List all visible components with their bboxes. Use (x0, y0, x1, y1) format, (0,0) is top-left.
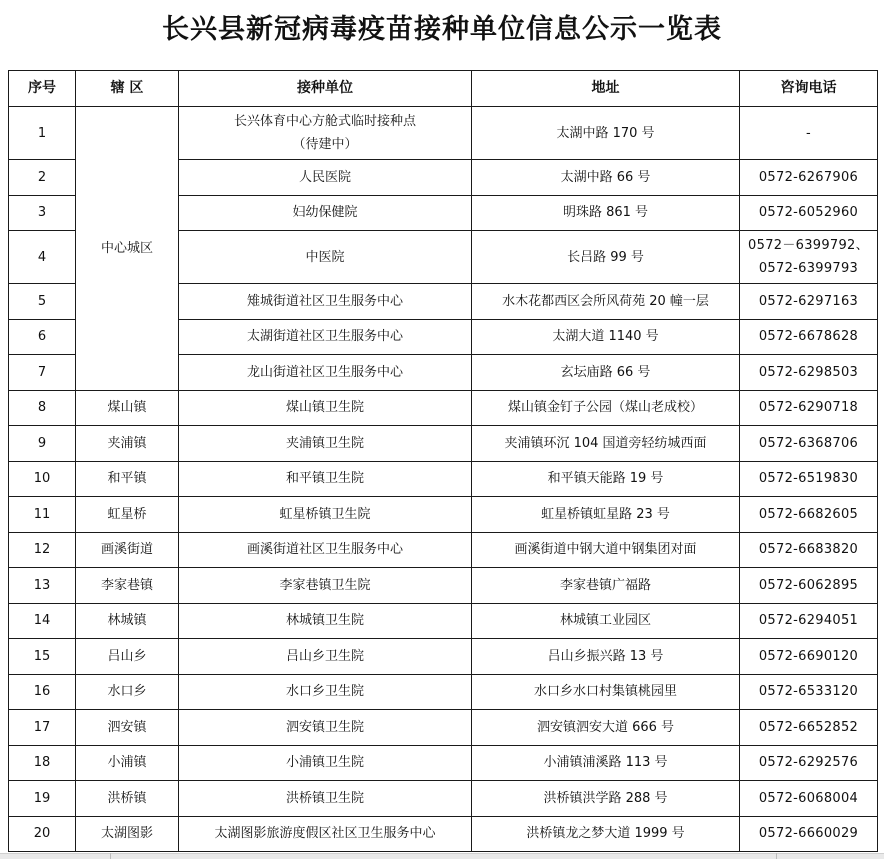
cell-unit: 虹星桥镇卫生院 (179, 497, 472, 533)
cell-index: 18 (9, 745, 76, 781)
table-row: 9 夹浦镇 夹浦镇卫生院 夹浦镇环沉 104 国道旁轻纺城西面 0572-636… (9, 426, 878, 462)
cell-address: 太湖中路 170 号 (472, 107, 740, 160)
table-row: 1 中心城区 长兴体育中心方舱式临时接种点 （待建中） 太湖中路 170 号 - (9, 107, 878, 160)
cell-unit: 人民医院 (179, 160, 472, 196)
table-row: 11 虹星桥 虹星桥镇卫生院 虹星桥镇虹星路 23 号 0572-6682605 (9, 497, 878, 533)
header-unit: 接种单位 (179, 71, 472, 107)
header-district: 辖 区 (76, 71, 179, 107)
header-index: 序号 (9, 71, 76, 107)
cell-phone: 0572-6652852 (740, 710, 878, 746)
cell-address: 水木花都西区会所风荷苑 20 幢一层 (472, 284, 740, 320)
cell-district: 虹星桥 (76, 497, 179, 533)
cell-index: 7 (9, 355, 76, 391)
cell-district-merged: 中心城区 (76, 107, 179, 391)
cell-phone: 0572-6068004 (740, 781, 878, 817)
cell-address: 水口乡水口村集镇桃园里 (472, 674, 740, 710)
cell-unit: 太湖图影旅游度假区社区卫生服务中心 (179, 816, 472, 852)
cell-unit: 龙山街道社区卫生服务中心 (179, 355, 472, 391)
cell-phone: 0572-6690120 (740, 639, 878, 675)
table-header-row: 序号 辖 区 接种单位 地址 咨询电话 (9, 71, 878, 107)
cell-phone: 0572-6682605 (740, 497, 878, 533)
cell-district: 泗安镇 (76, 710, 179, 746)
phone-line-1: 0572－6399792、 (748, 238, 869, 253)
bottom-edge-strip (0, 853, 884, 859)
cell-phone: 0572-6052960 (740, 195, 878, 231)
table-row: 13 李家巷镇 李家巷镇卫生院 李家巷镇广福路 0572-6062895 (9, 568, 878, 604)
cell-unit: 雉城街道社区卫生服务中心 (179, 284, 472, 320)
cell-district: 画溪街道 (76, 532, 179, 568)
cell-unit: 泗安镇卫生院 (179, 710, 472, 746)
cell-district: 洪桥镇 (76, 781, 179, 817)
cell-address: 太湖大道 1140 号 (472, 319, 740, 355)
cell-address: 洪桥镇洪学路 288 号 (472, 781, 740, 817)
cell-phone: 0572-6267906 (740, 160, 878, 196)
cell-index: 1 (9, 107, 76, 160)
cell-unit: 画溪街道社区卫生服务中心 (179, 532, 472, 568)
table-row: 18 小浦镇 小浦镇卫生院 小浦镇浦溪路 113 号 0572-6292576 (9, 745, 878, 781)
cell-district: 煤山镇 (76, 390, 179, 426)
cell-district: 夹浦镇 (76, 426, 179, 462)
cell-phone: 0572-6678628 (740, 319, 878, 355)
cell-district: 和平镇 (76, 461, 179, 497)
cell-index: 16 (9, 674, 76, 710)
cell-district: 林城镇 (76, 603, 179, 639)
cell-unit: 李家巷镇卫生院 (179, 568, 472, 604)
cell-unit: 煤山镇卫生院 (179, 390, 472, 426)
vaccination-sites-table: 序号 辖 区 接种单位 地址 咨询电话 1 中心城区 长兴体育中心方舱式临时接种… (8, 70, 878, 852)
cell-address: 小浦镇浦溪路 113 号 (472, 745, 740, 781)
cell-district: 小浦镇 (76, 745, 179, 781)
cell-address: 玄坛庙路 66 号 (472, 355, 740, 391)
phone-line-2: 0572-6399793 (740, 260, 877, 277)
header-phone: 咨询电话 (740, 71, 878, 107)
cell-address: 画溪街道中钢大道中钢集团对面 (472, 532, 740, 568)
cell-index: 6 (9, 319, 76, 355)
cell-index: 14 (9, 603, 76, 639)
header-address: 地址 (472, 71, 740, 107)
cell-address: 长吕路 99 号 (472, 231, 740, 284)
cell-index: 8 (9, 390, 76, 426)
cell-unit: 小浦镇卫生院 (179, 745, 472, 781)
table-row: 15 吕山乡 吕山乡卫生院 吕山乡振兴路 13 号 0572-6690120 (9, 639, 878, 675)
table-row: 10 和平镇 和平镇卫生院 和平镇天能路 19 号 0572-6519830 (9, 461, 878, 497)
cell-index: 20 (9, 816, 76, 852)
table-row: 14 林城镇 林城镇卫生院 林城镇工业园区 0572-6294051 (9, 603, 878, 639)
cell-district: 李家巷镇 (76, 568, 179, 604)
cell-phone: 0572-6292576 (740, 745, 878, 781)
cell-address: 吕山乡振兴路 13 号 (472, 639, 740, 675)
cell-phone: 0572-6294051 (740, 603, 878, 639)
cell-phone: 0572-6660029 (740, 816, 878, 852)
cell-district: 水口乡 (76, 674, 179, 710)
cell-address: 李家巷镇广福路 (472, 568, 740, 604)
cell-unit: 妇幼保健院 (179, 195, 472, 231)
cell-address: 泗安镇泗安大道 666 号 (472, 710, 740, 746)
cell-index: 17 (9, 710, 76, 746)
cell-phone: 0572－6399792、 0572-6399793 (740, 231, 878, 284)
cell-index: 9 (9, 426, 76, 462)
cell-index: 19 (9, 781, 76, 817)
table-row: 8 煤山镇 煤山镇卫生院 煤山镇金钉子公园（煤山老成校） 0572-629071… (9, 390, 878, 426)
table-row: 16 水口乡 水口乡卫生院 水口乡水口村集镇桃园里 0572-6533120 (9, 674, 878, 710)
unit-note: （待建中） (179, 136, 471, 153)
table-row: 17 泗安镇 泗安镇卫生院 泗安镇泗安大道 666 号 0572-6652852 (9, 710, 878, 746)
cell-phone: 0572-6533120 (740, 674, 878, 710)
cell-address: 太湖中路 66 号 (472, 160, 740, 196)
cell-district: 吕山乡 (76, 639, 179, 675)
cell-index: 15 (9, 639, 76, 675)
cell-phone: 0572-6519830 (740, 461, 878, 497)
table-row: 20 太湖图影 太湖图影旅游度假区社区卫生服务中心 洪桥镇龙之梦大道 1999 … (9, 816, 878, 852)
cell-phone: 0572-6290718 (740, 390, 878, 426)
cell-address: 和平镇天能路 19 号 (472, 461, 740, 497)
cell-district: 太湖图影 (76, 816, 179, 852)
bottom-edge-divider (110, 853, 111, 859)
cell-unit: 林城镇卫生院 (179, 603, 472, 639)
cell-address: 洪桥镇龙之梦大道 1999 号 (472, 816, 740, 852)
cell-address: 煤山镇金钉子公园（煤山老成校） (472, 390, 740, 426)
cell-unit: 水口乡卫生院 (179, 674, 472, 710)
cell-index: 12 (9, 532, 76, 568)
cell-unit: 吕山乡卫生院 (179, 639, 472, 675)
cell-index: 10 (9, 461, 76, 497)
cell-unit: 中医院 (179, 231, 472, 284)
cell-phone: 0572-6297163 (740, 284, 878, 320)
cell-unit: 洪桥镇卫生院 (179, 781, 472, 817)
cell-phone: 0572-6683820 (740, 532, 878, 568)
cell-unit: 夹浦镇卫生院 (179, 426, 472, 462)
cell-index: 4 (9, 231, 76, 284)
cell-phone: 0572-6368706 (740, 426, 878, 462)
cell-index: 3 (9, 195, 76, 231)
unit-name: 长兴体育中心方舱式临时接种点 (234, 114, 416, 129)
cell-address: 明珠路 861 号 (472, 195, 740, 231)
cell-phone: 0572-6062895 (740, 568, 878, 604)
cell-unit: 长兴体育中心方舱式临时接种点 （待建中） (179, 107, 472, 160)
cell-index: 2 (9, 160, 76, 196)
table-row: 12 画溪街道 画溪街道社区卫生服务中心 画溪街道中钢大道中钢集团对面 0572… (9, 532, 878, 568)
cell-index: 5 (9, 284, 76, 320)
cell-address: 虹星桥镇虹星路 23 号 (472, 497, 740, 533)
cell-address: 夹浦镇环沉 104 国道旁轻纺城西面 (472, 426, 740, 462)
table-row: 19 洪桥镇 洪桥镇卫生院 洪桥镇洪学路 288 号 0572-6068004 (9, 781, 878, 817)
bottom-edge-divider (776, 853, 777, 859)
cell-index: 11 (9, 497, 76, 533)
cell-unit: 和平镇卫生院 (179, 461, 472, 497)
cell-unit: 太湖街道社区卫生服务中心 (179, 319, 472, 355)
cell-index: 13 (9, 568, 76, 604)
page-title: 长兴县新冠病毒疫苗接种单位信息公示一览表 (0, 10, 884, 50)
cell-address: 林城镇工业园区 (472, 603, 740, 639)
cell-phone: - (740, 107, 878, 160)
cell-phone: 0572-6298503 (740, 355, 878, 391)
